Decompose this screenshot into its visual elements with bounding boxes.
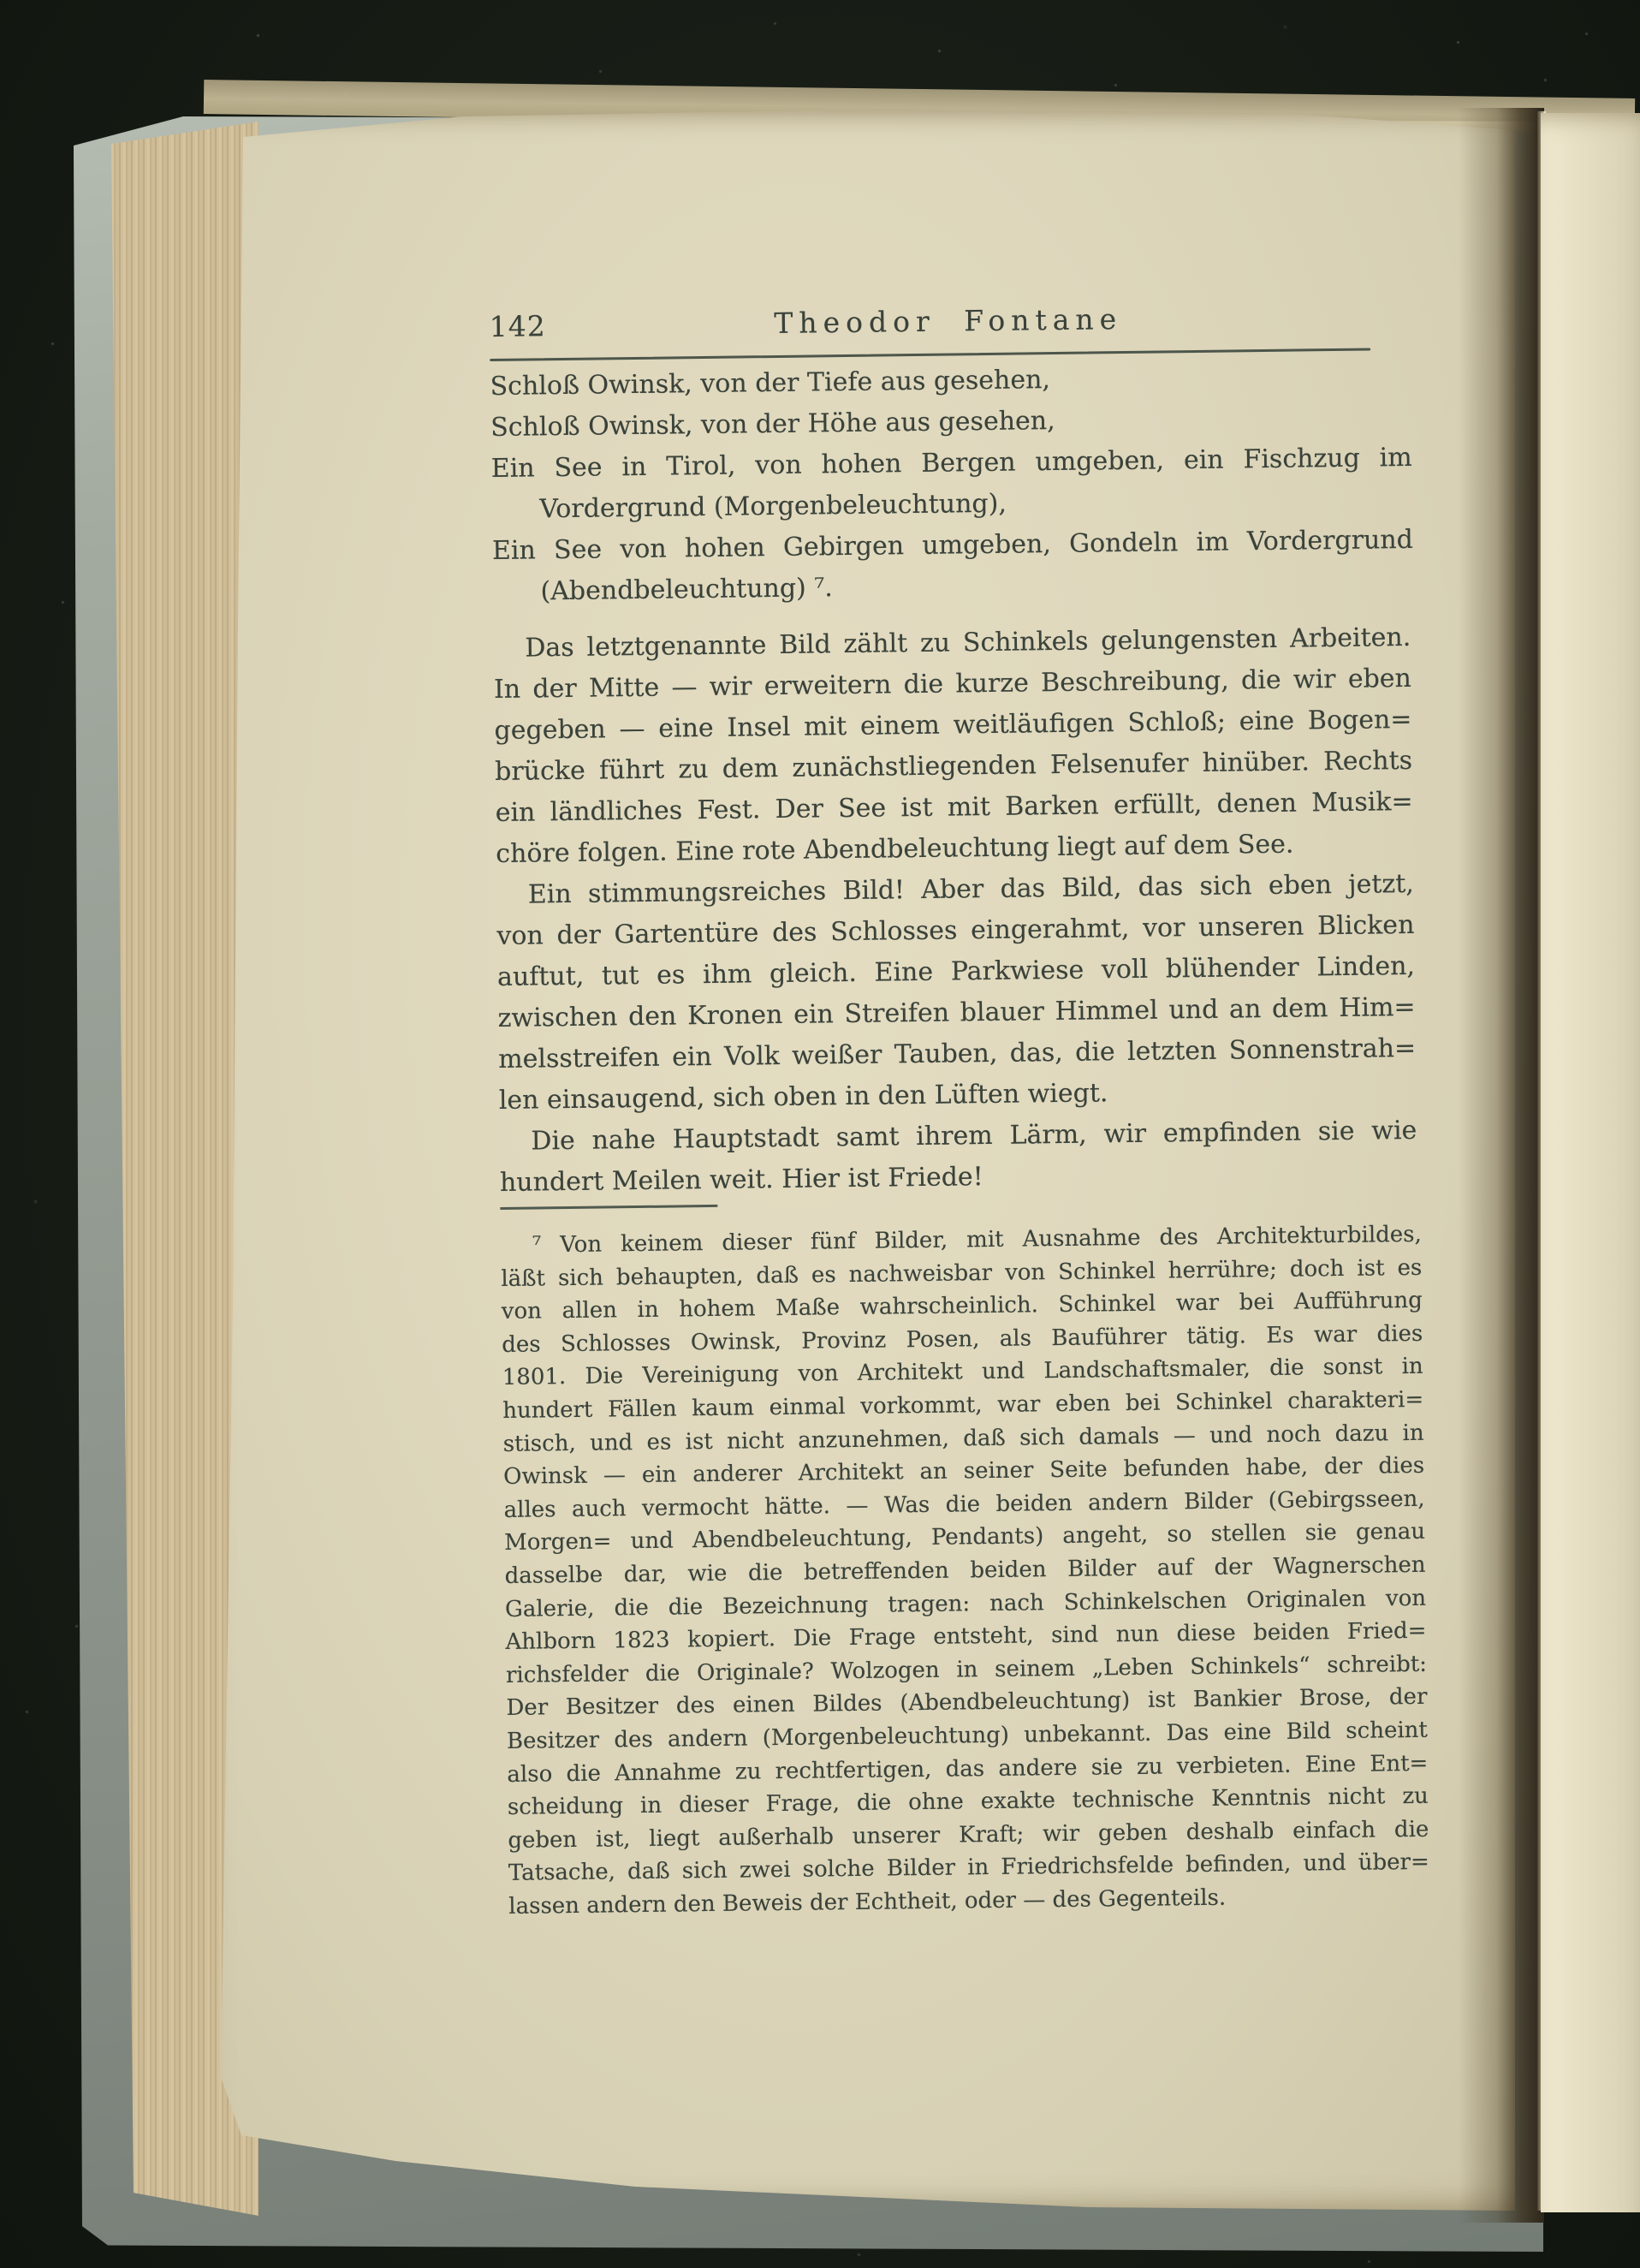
footnote: ⁷ Von keinem dieser fünf Bilder, mit Aus…: [501, 1218, 1430, 1924]
painting-list: Schloß Owinsk, von der Tiefe aus gesehen…: [490, 355, 1413, 613]
body-paragraph-1: Das letztgenannte Bild zählt zu Schinkel…: [493, 617, 1413, 875]
book-photo-scene: 142 Theodor Fontane Schloß Owinsk, von d…: [0, 0, 1640, 2268]
body-paragraph-3: Die nahe Hauptstadt samt ihrem Lärm, wir…: [499, 1110, 1417, 1204]
running-header: Theodor Fontane: [490, 299, 1407, 344]
body-paragraph-2: Ein stimmungsreiches Bild! Aber das Bild…: [496, 864, 1417, 1122]
printed-text-layer: 142 Theodor Fontane Schloß Owinsk, von d…: [0, 0, 1640, 2268]
dust-speckles: [0, 0, 3, 3]
footnote-separator: [500, 1205, 717, 1210]
